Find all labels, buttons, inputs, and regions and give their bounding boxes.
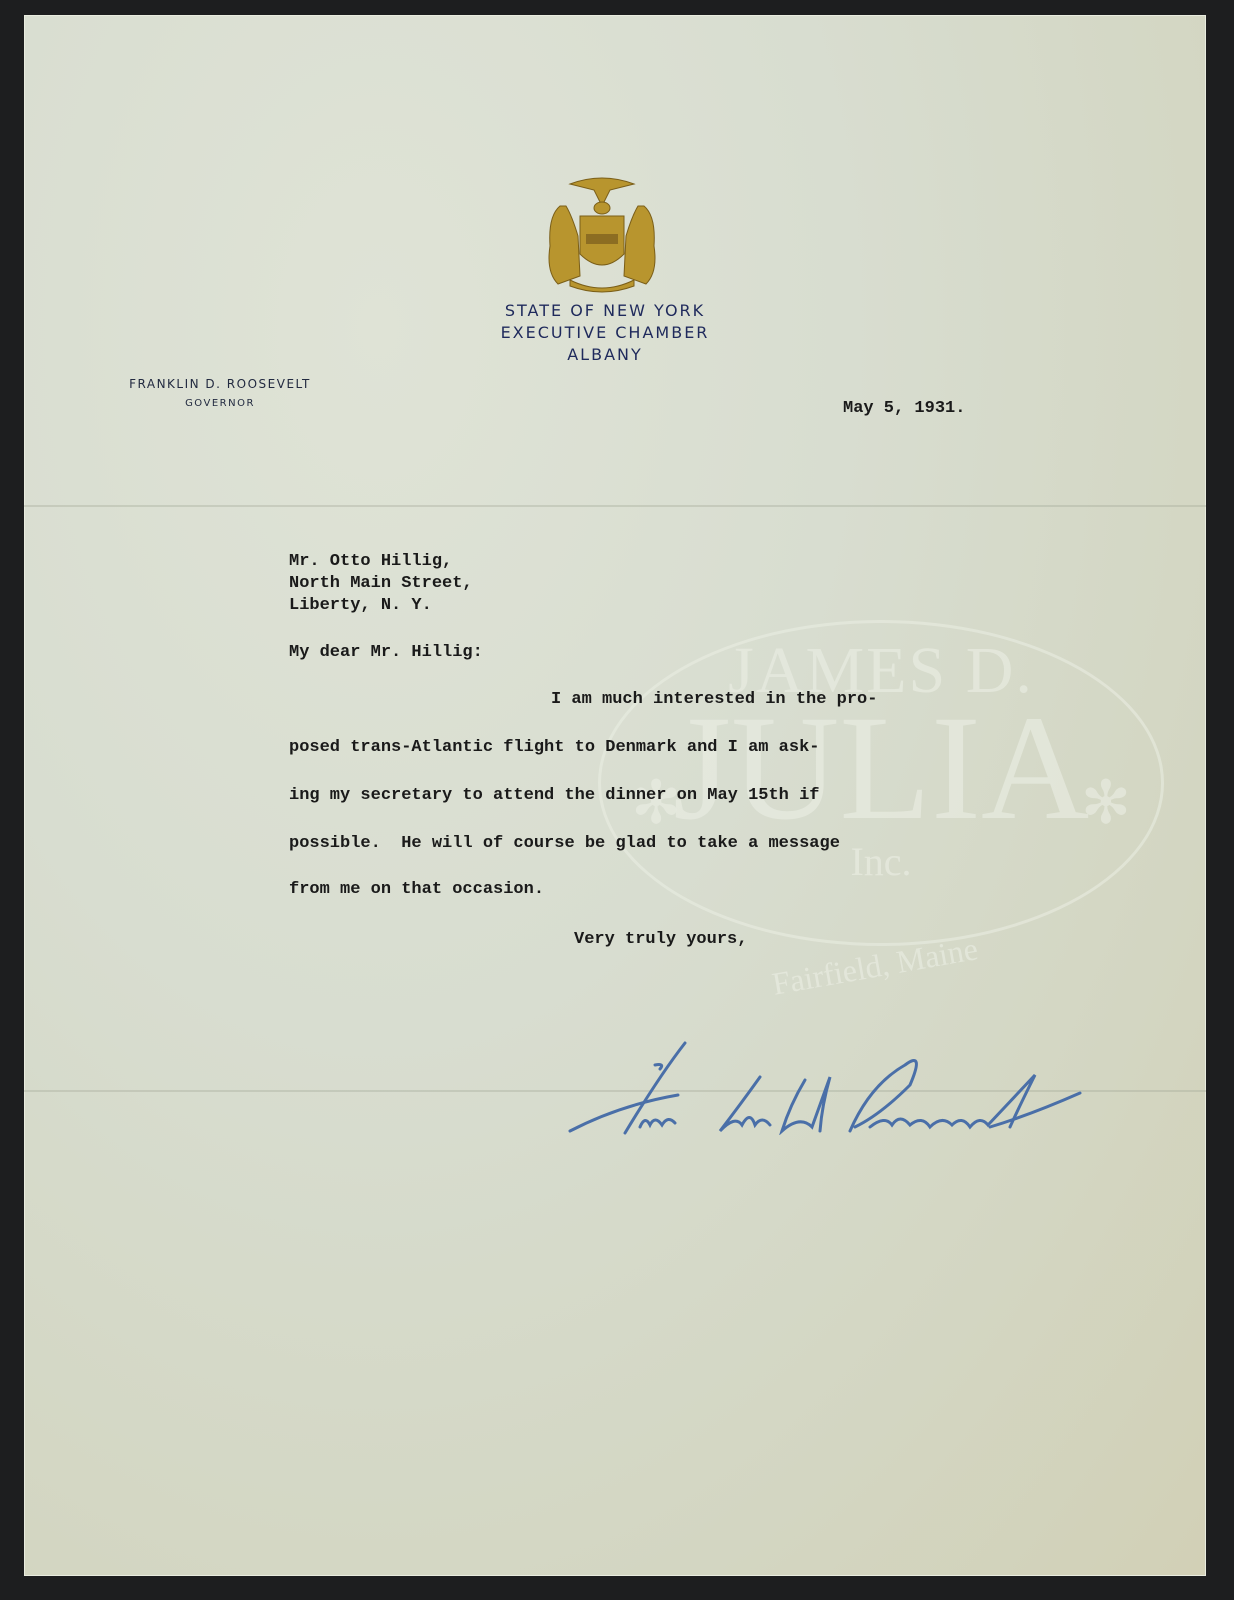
body-line: posed trans-Atlantic flight to Denmark a… [289, 738, 820, 757]
new-york-seal-icon [540, 176, 664, 294]
recipient-line: Liberty, N. Y. [289, 596, 432, 615]
letterhead-sender: FRANKLIN D. ROOSEVELT GOVERNOR [100, 374, 340, 414]
signature-icon [550, 1035, 1090, 1135]
body-line: possible. He will of course be glad to t… [289, 834, 840, 853]
letterhead-line1: STATE OF NEW YORK [440, 300, 770, 322]
closing: Very truly yours, [574, 930, 747, 949]
letter-date: May 5, 1931. [843, 399, 965, 418]
snowflake-icon: ✻ [1081, 768, 1131, 838]
sender-name: FRANKLIN D. ROOSEVELT [100, 374, 340, 394]
letterhead-title: STATE OF NEW YORK EXECUTIVE CHAMBER ALBA… [440, 300, 770, 366]
body-line: ing my secretary to attend the dinner on… [289, 786, 820, 805]
sender-title: GOVERNOR [100, 394, 340, 414]
letterhead-line2: EXECUTIVE CHAMBER [440, 322, 770, 344]
salutation: My dear Mr. Hillig: [289, 643, 483, 662]
auction-watermark: JAMES D. JULIA Inc. Fairfield, Maine ✻ ✻ [598, 620, 1164, 946]
fold-line [24, 505, 1206, 507]
recipient-line: North Main Street, [289, 574, 473, 593]
letterhead-line3: ALBANY [440, 344, 770, 366]
watermark-line2: JULIA [601, 693, 1161, 843]
recipient-line: Mr. Otto Hillig, [289, 552, 452, 571]
body-line: I am much interested in the pro- [551, 690, 877, 709]
body-line: from me on that occasion. [289, 880, 544, 899]
